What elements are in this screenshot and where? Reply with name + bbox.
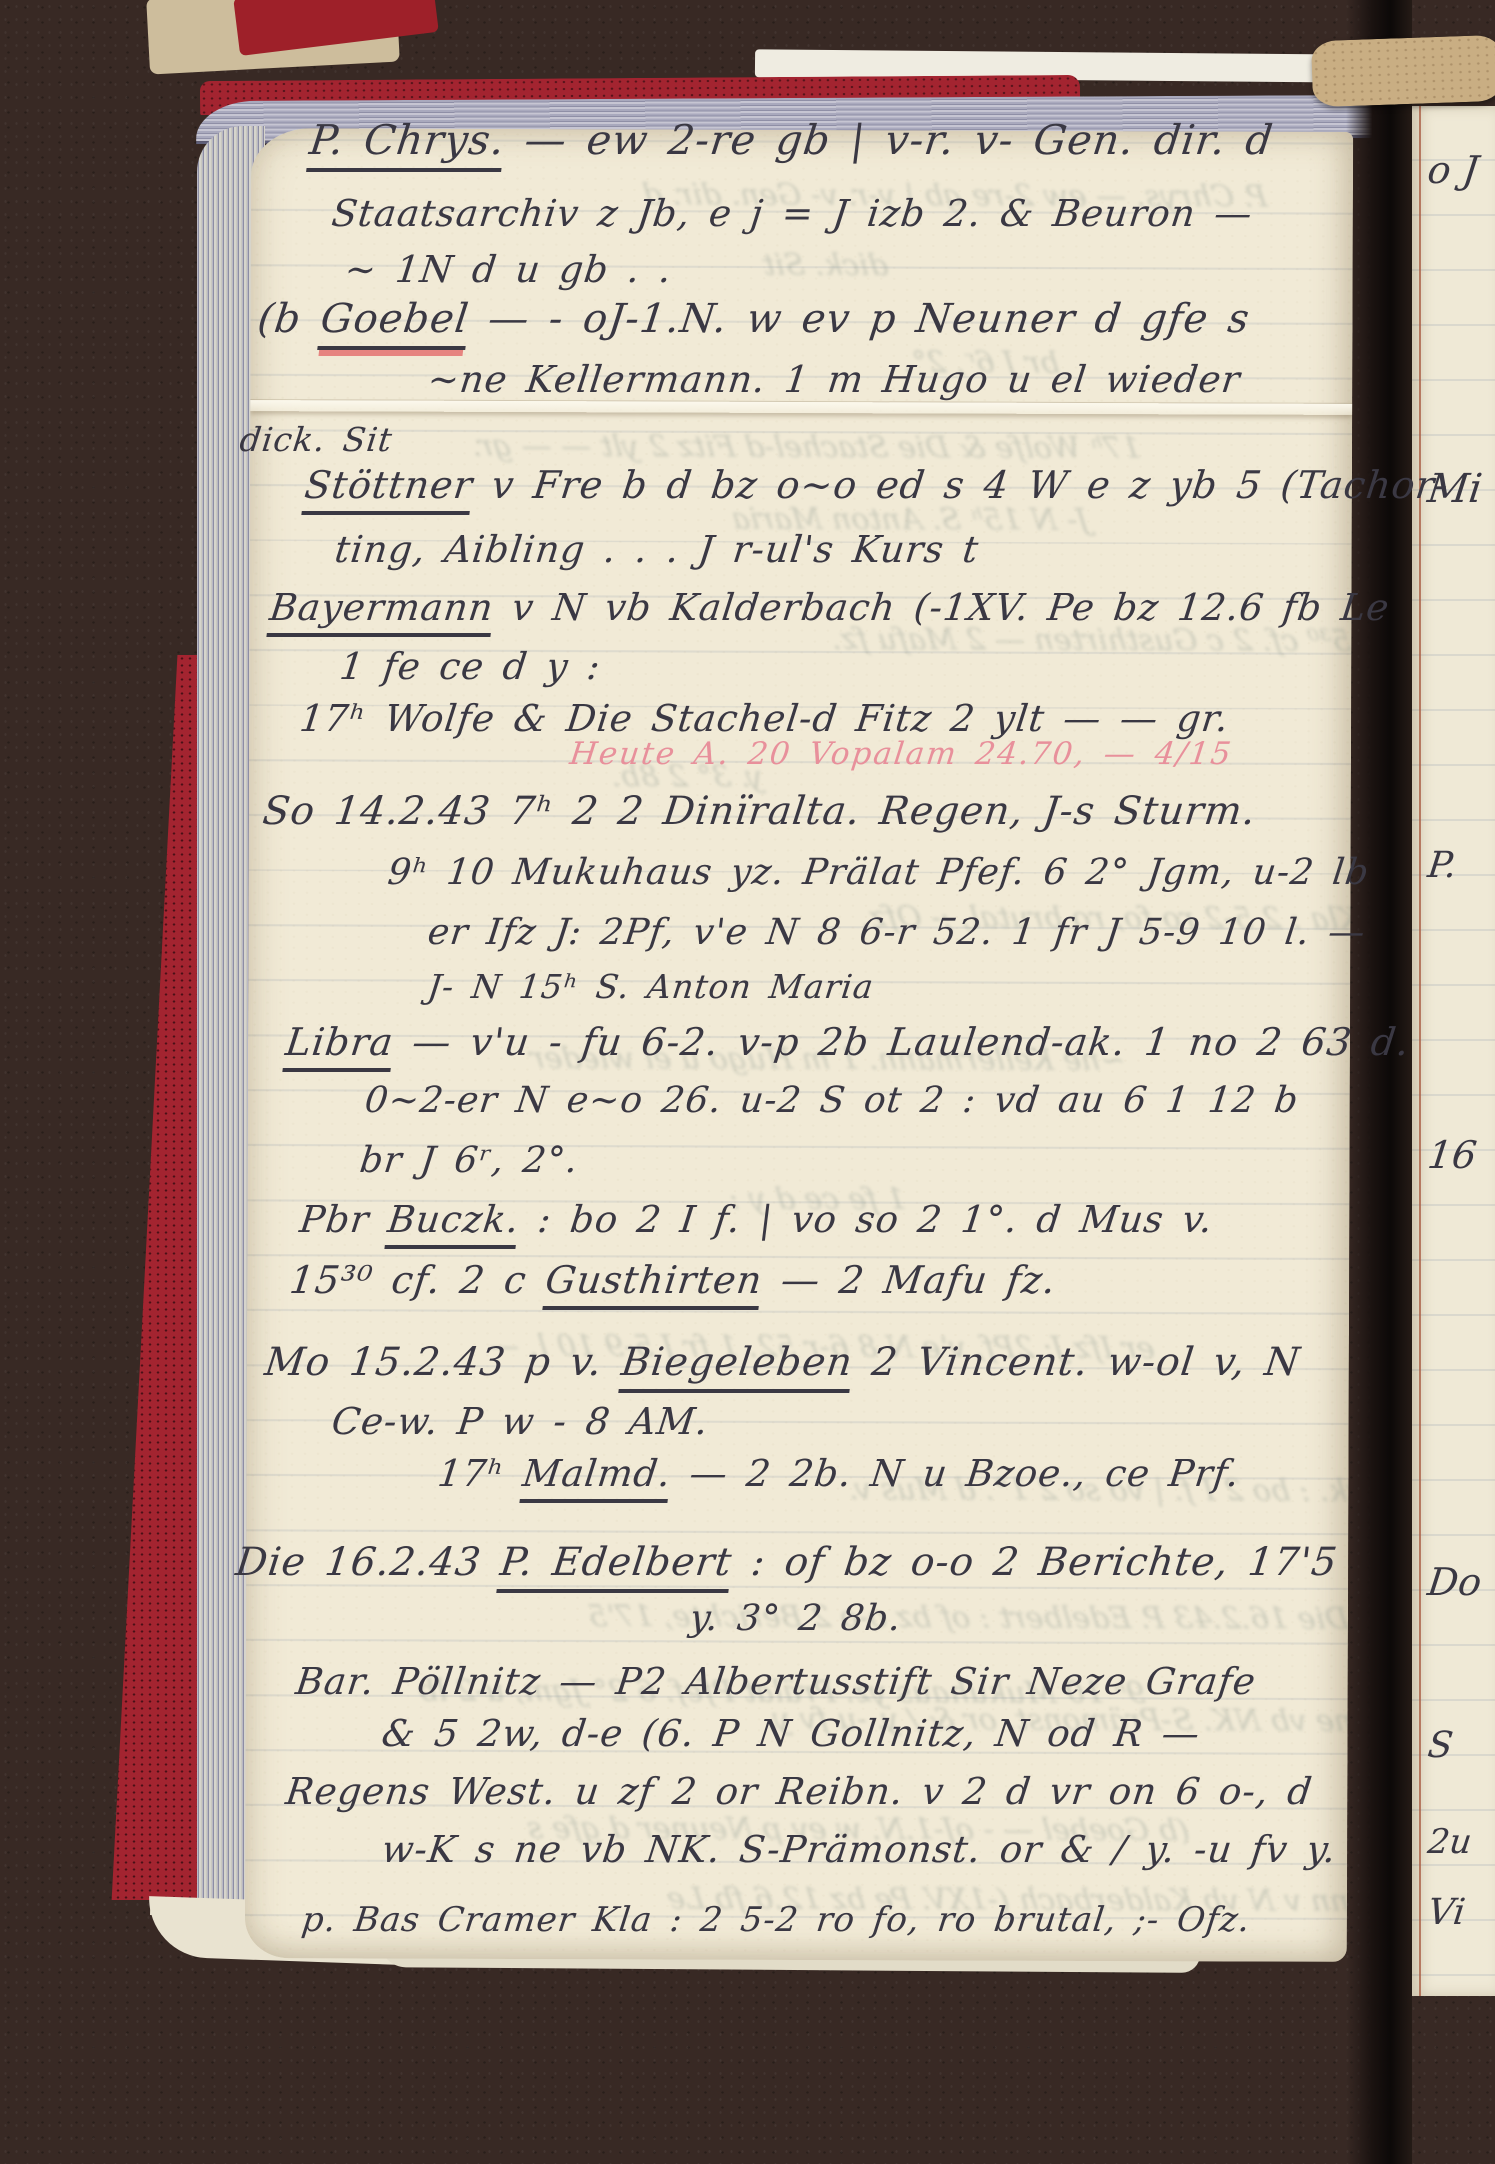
underlined-name: Bayermann [266, 586, 496, 637]
underlined-name: Malmd. [519, 1452, 674, 1503]
handwriting-line: Stöttner v Fre b d bz o~o ed s 4 W e z y… [302, 463, 1451, 507]
handwriting-line: Libra — v'u - fu 6-2. v-p 2b Laulend-ak.… [283, 1020, 1412, 1064]
underlined-name: P. Chrys. [306, 116, 508, 172]
underlined-name: Buczk. [384, 1198, 522, 1249]
handwriting-line: & 5 2w, d-e (6. P N Gollnitz, N od R — [379, 1712, 1202, 1755]
underlined-name: Goebel [317, 296, 471, 350]
red-pencil-note: Heute A. 20 Vopalam 24.70, — 4/15 [568, 736, 1235, 772]
handwriting-line: ~ne Kellermann. 1 m Hugo u el wieder [425, 358, 1243, 401]
handwriting-line: 1 fe ce d y : [337, 645, 603, 688]
notebook-photo: o JMiP.16DoS2uVi P. Chrys. — ew 2-re gb … [0, 0, 1495, 2164]
handwriting-line: Pbr Buczk. : bo 2 I f. | vo so 2 1°. d M… [297, 1198, 1215, 1241]
handwriting-line: p. Bas Cramer Kla : 2 5-2 ro fo, ro brut… [300, 1900, 1253, 1940]
handwriting-line: Staatsarchiv z Jb, e j = J izb 2. & Beur… [329, 192, 1255, 235]
handwriting-line: (b Goebel — - oJ-1.N. w ev p Neuner d gf… [255, 296, 1252, 342]
underlined-name: Gusthirten [542, 1258, 765, 1310]
handwriting-line: J- N 15ʰ S. Anton Maria [426, 967, 877, 1006]
handwriting-line: dick. Sit [238, 420, 395, 459]
underlined-name: P. Edelbert [497, 1540, 735, 1593]
handwriting-line: w-K s ne vb NK. S-Prämonst. or & / y. -u… [379, 1828, 1339, 1871]
handwriting-line: Die 16.2.43 P. Edelbert : of bz o-o 2 Be… [233, 1540, 1340, 1585]
handwriting-line: 15³⁰ cf. 2 c Gusthirten — 2 Mafu fz. [287, 1258, 1058, 1302]
handwriting-line: 0~2-er N e~o 26. u-2 S ot 2 : vd au 6 1 … [362, 1080, 1301, 1121]
handwriting-layer: P. Chrys. — ew 2-re gb | v-r. v- Gen. di… [0, 0, 1495, 2164]
handwriting-line: P. Chrys. — ew 2-re gb | v-r. v- Gen. di… [307, 116, 1276, 164]
handwriting-line: 9ʰ 10 Mukuhaus yz. Prälat Pfef. 6 2° Jgm… [385, 852, 1371, 893]
handwriting-line: Regens West. u zf 2 or Reibn. v 2 d vr o… [283, 1770, 1315, 1813]
underlined-name: Libra [282, 1020, 396, 1072]
handwriting-line: 17ʰ Malmd. — 2 2b. N u Bzoe., ce Prf. [435, 1452, 1242, 1495]
handwriting-line: Mo 15.2.43 p v. Biegeleben 2 Vincent. w-… [262, 1340, 1303, 1385]
handwriting-line: Bayermann v N vb Kalderbach (-1XV. Pe bz… [267, 586, 1392, 629]
underlined-name: Stöttner [301, 463, 475, 515]
handwriting-line: ting, Aibling . . . J r-ul's Kurs t [332, 528, 981, 571]
handwriting-line: y. 3° 2 8b. [687, 1598, 904, 1639]
handwriting-line: So 14.2.43 7ʰ 2 2 Dinïralta. Regen, J-s … [260, 789, 1258, 834]
handwriting-line: br J 6ʳ, 2°. [357, 1140, 580, 1181]
handwriting-line: 17ʰ Wolfe & Die Stachel-d Fitz 2 ylt — —… [297, 697, 1231, 740]
handwriting-line: ~ 1N d u gb . . [342, 248, 674, 291]
handwriting-line: Bar. Pöllnitz — P2 Albertusstift Sir Nez… [293, 1660, 1258, 1703]
handwriting-line: er Ifz J: 2Pf, v'e N 8 6-r 52. 1 fr J 5-… [425, 912, 1368, 953]
underlined-name: Biegeleben [618, 1340, 855, 1393]
handwriting-line: Ce-w. P w - 8 AM. [329, 1400, 711, 1443]
